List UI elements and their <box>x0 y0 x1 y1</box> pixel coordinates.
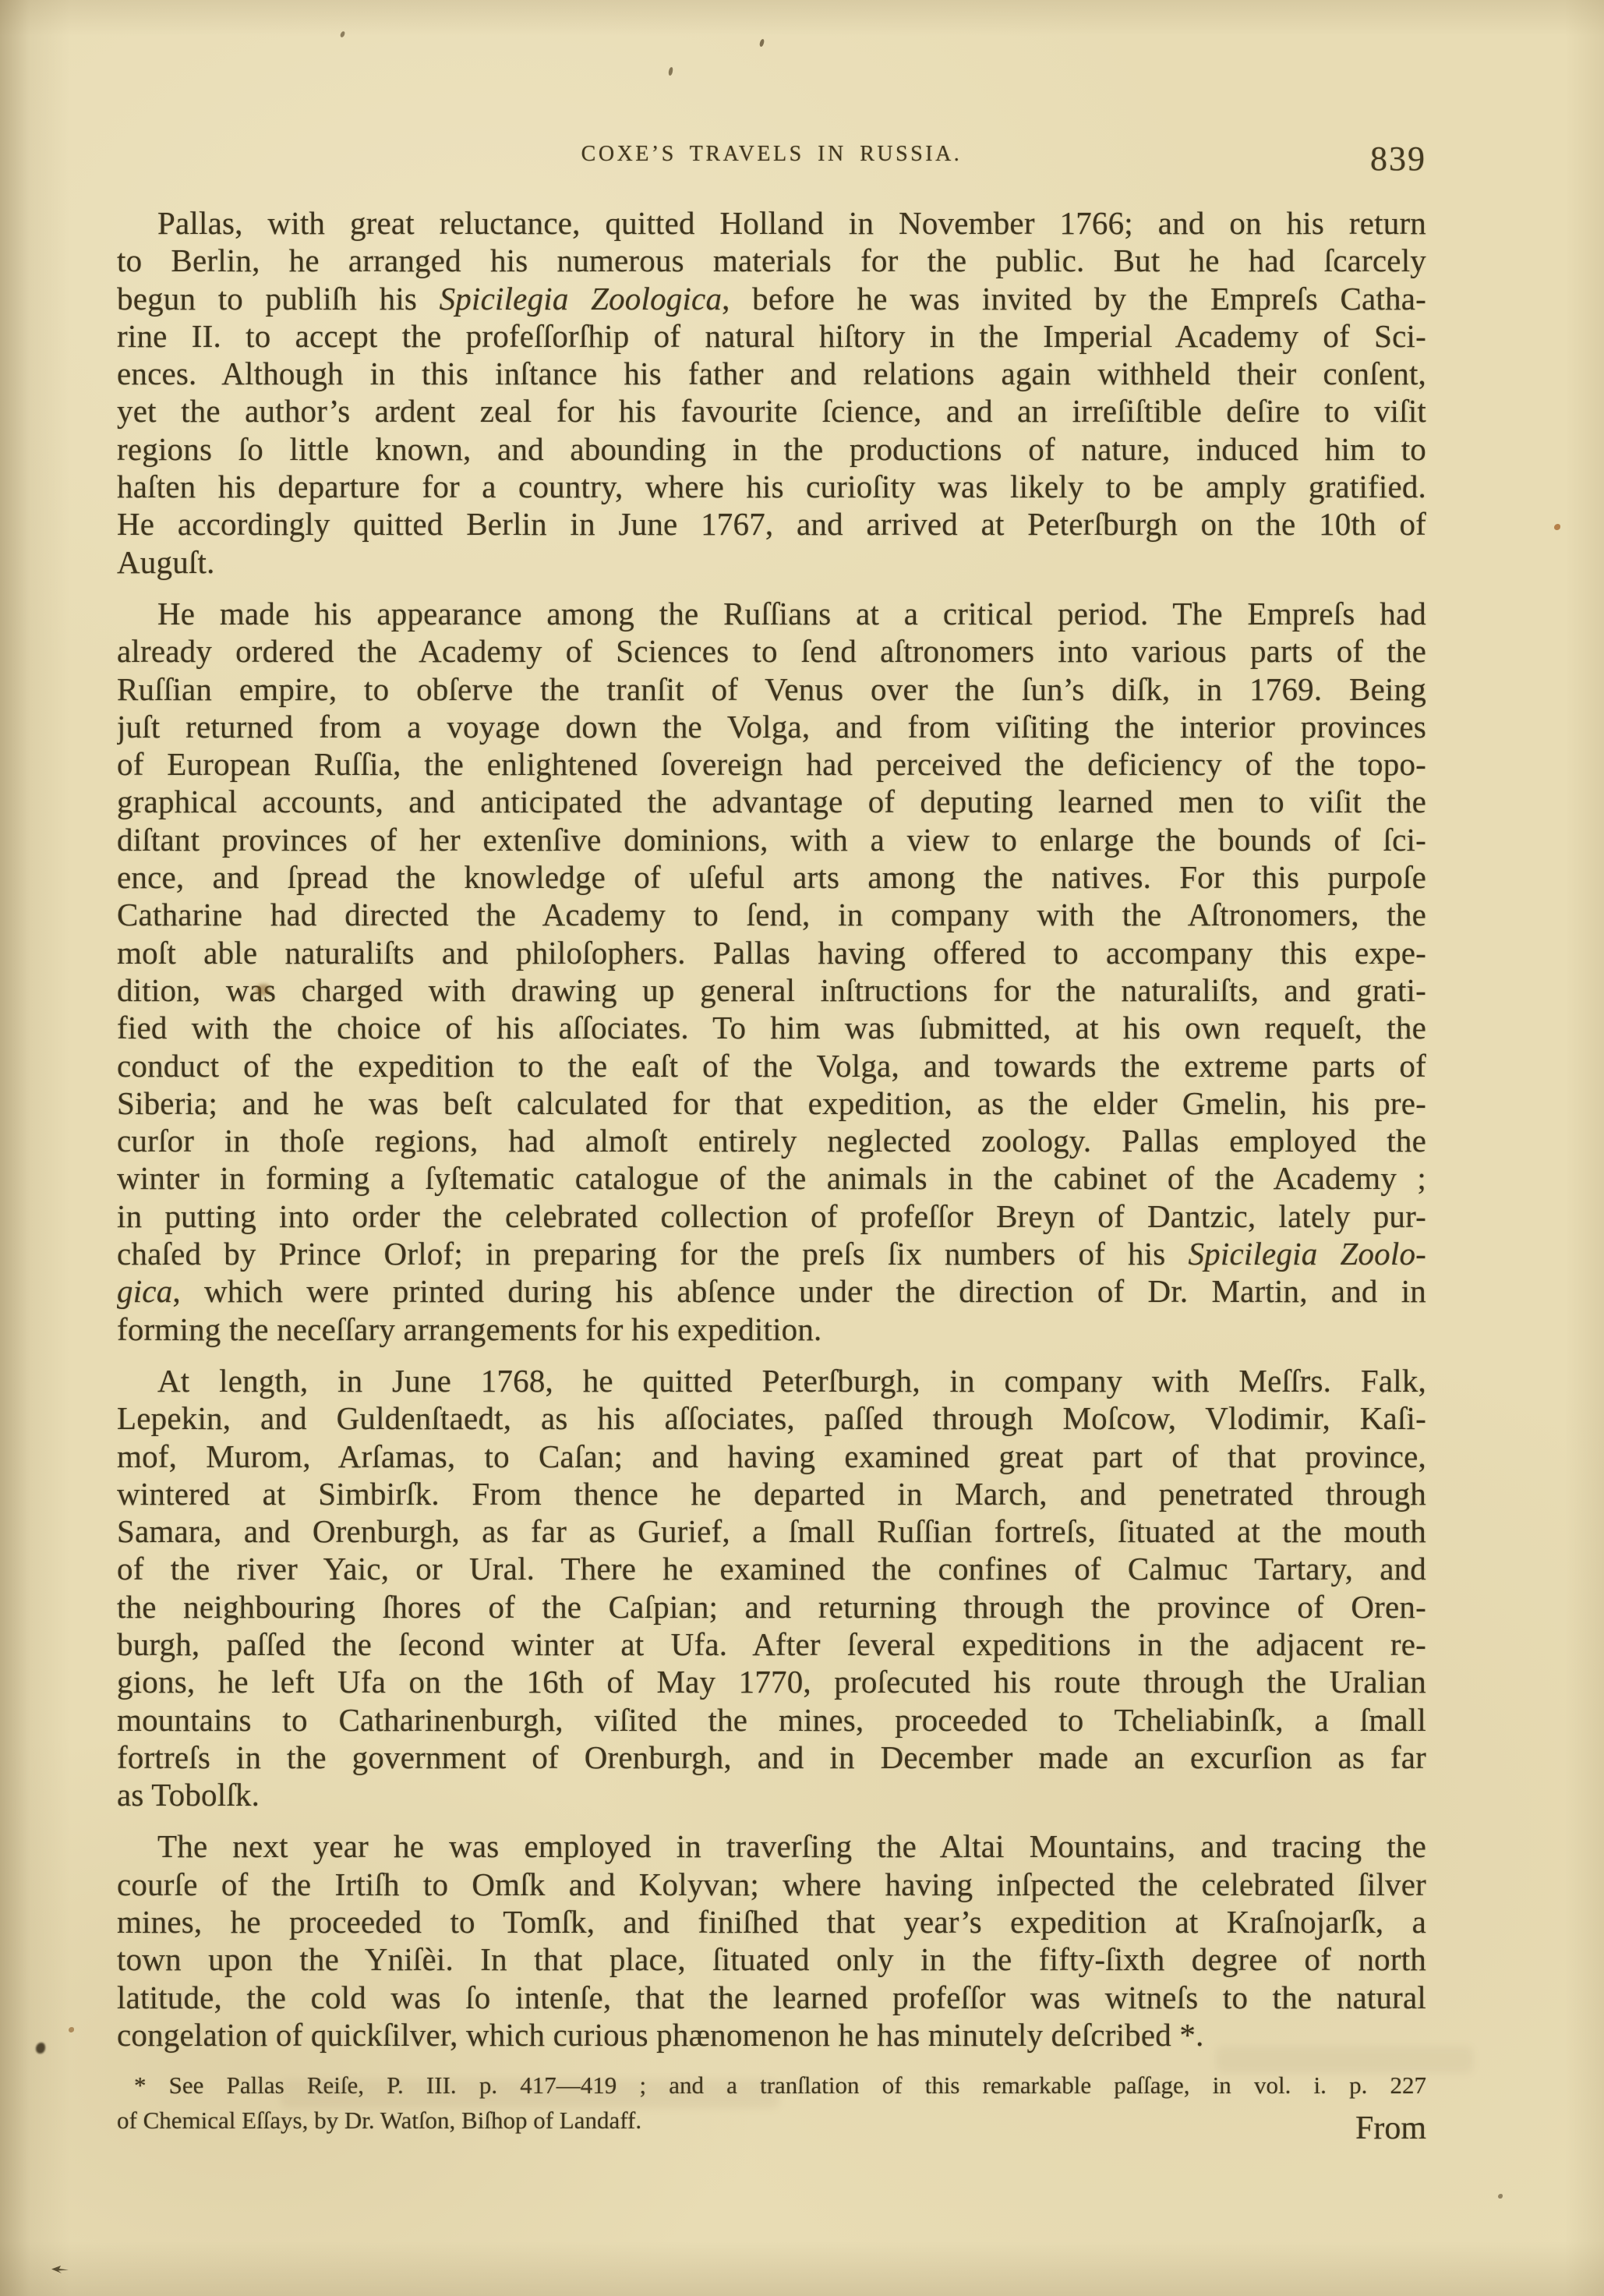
text-segment: conduct of the expedition to the eaſt of… <box>117 1048 1426 1084</box>
text-segment: latitude, the cold was ſo intenſe, that … <box>117 1979 1426 2015</box>
text-line: juſt returned from a voyage down the Vol… <box>117 708 1426 745</box>
paragraph: Pallas, with great reluctance, quitted H… <box>117 204 1426 581</box>
text-line: * See Pallas Reiſe, P. III. p. 417—419 ;… <box>117 2068 1426 2103</box>
text-segment: begun to publiſh his <box>117 281 440 317</box>
text-line: of the river Yaic, or Ural. There he exa… <box>117 1550 1426 1587</box>
text-line: The next year he was employed in traverſ… <box>117 1827 1426 1865</box>
page-title: COXE’S TRAVELS IN RUSSIA. <box>117 142 1426 167</box>
book-page: COXE’S TRAVELS IN RUSSIA. 839 Pallas, wi… <box>0 0 1604 2296</box>
text-segment: juſt returned from a voyage down the Vol… <box>117 709 1426 745</box>
text-line: wintered at Simbirſk. From thence he dep… <box>117 1475 1426 1512</box>
ink-speck <box>340 30 345 37</box>
text-segment: chaſed by Prince Orlof; in preparing for… <box>117 1236 1188 1272</box>
text-line: He accordingly quitted Berlin in June 17… <box>117 505 1426 543</box>
paragraph: He made his appearance among the Ruſſian… <box>117 595 1426 1348</box>
text-line: of Chemical Eſſays, by Dr. Watſon, Biſho… <box>117 2103 1426 2138</box>
text-segment: Ruſſian empire, to obſerve the tranſit o… <box>117 671 1426 707</box>
catchword: From <box>1355 2110 1426 2147</box>
page-number: 839 <box>1370 139 1426 179</box>
text-segment: Catharine had directed the Academy to ſe… <box>117 897 1426 932</box>
text-line: gions, he left Ufa on the 16th of May 17… <box>117 1663 1426 1700</box>
text-segment: mof, Murom, Arſamas, to Caſan; and havin… <box>117 1438 1426 1474</box>
text-line: regions ſo little known, and abounding i… <box>117 430 1426 468</box>
pen-mark <box>51 2266 69 2273</box>
text-segment: At length, in June 1768, he quitted Pete… <box>157 1363 1426 1399</box>
text-line: dition, was charged with drawing up gene… <box>117 971 1426 1009</box>
text-segment: Spicilegia Zoolo- <box>1188 1236 1426 1272</box>
text-line: chaſed by Prince Orlof; in preparing for… <box>117 1235 1426 1272</box>
text-segment: winter in forming a ſyſtematic catalogue… <box>117 1160 1426 1196</box>
text-line: begun to publiſh his Spicilegia Zoologic… <box>117 280 1426 317</box>
text-segment: rine II. to accept the profeſſorſhip of … <box>117 318 1426 354</box>
text-segment: of Chemical Eſſays, by Dr. Watſon, Biſho… <box>117 2107 641 2134</box>
text-segment: * See Pallas Reiſe, P. III. p. 417—419 ;… <box>134 2071 1426 2099</box>
text-segment: Auguſt. <box>117 544 215 580</box>
ink-speck <box>759 39 765 48</box>
text-segment: burgh, paſſed the ſecond winter at Ufa. … <box>117 1626 1426 1662</box>
text-segment: curſor in thoſe regions, had almoſt enti… <box>117 1123 1426 1159</box>
text-line: burgh, paſſed the ſecond winter at Ufa. … <box>117 1626 1426 1663</box>
ink-speck <box>668 67 673 76</box>
text-segment: courſe of the Irtiſh to Omſk and Kolyvan… <box>117 1866 1426 1902</box>
text-segment: mines, he proceeded to Tomſk, and finiſh… <box>117 1904 1426 1940</box>
ink-blot <box>36 2043 45 2054</box>
text-segment: already ordered the Academy of Sciences … <box>117 633 1426 669</box>
text-segment: congelation of quickſilver, which curiou… <box>117 2017 1204 2053</box>
text-segment: as Tobolſk. <box>117 1777 260 1813</box>
text-line: At length, in June 1768, he quitted Pete… <box>117 1362 1426 1399</box>
text-line: Samara, and Orenburgh, as far as Gurief,… <box>117 1512 1426 1550</box>
text-segment: of European Ruſſia, the enlightened ſove… <box>117 746 1426 782</box>
text-segment: Lepekin, and Guldenſtaedt, as his aſſoci… <box>117 1400 1426 1436</box>
text-segment: of the river Yaic, or Ural. There he exa… <box>117 1551 1426 1587</box>
text-segment: regions ſo little known, and abounding i… <box>117 431 1426 467</box>
text-line: He made his appearance among the Ruſſian… <box>117 595 1426 632</box>
text-line: diſtant provinces of her extenſive domin… <box>117 821 1426 858</box>
text-line: forming the neceſſary arrangements for h… <box>117 1311 1426 1348</box>
ink-speck <box>1554 524 1560 530</box>
text-segment: wintered at Simbirſk. From thence he dep… <box>117 1476 1426 1512</box>
text-segment: to Berlin, he arranged his numerous mate… <box>117 242 1426 278</box>
text-segment: Samara, and Orenburgh, as far as Gurief,… <box>117 1513 1426 1549</box>
text-line: fied with the choice of his aſſociates. … <box>117 1009 1426 1046</box>
text-line: haſten his departure for a country, wher… <box>117 468 1426 505</box>
text-segment: , before he was invited by the Empreſs C… <box>722 281 1426 317</box>
text-segment: He accordingly quitted Berlin in June 17… <box>117 506 1426 542</box>
text-line: graphical accounts, and anticipated the … <box>117 783 1426 820</box>
text-line: yet the author’s ardent zeal for his fav… <box>117 392 1426 430</box>
running-head: COXE’S TRAVELS IN RUSSIA. 839 <box>117 142 1426 189</box>
text-line: courſe of the Irtiſh to Omſk and Kolyvan… <box>117 1866 1426 1903</box>
text-segment: He made his appearance among the Ruſſian… <box>157 596 1426 631</box>
text-line: already ordered the Academy of Sciences … <box>117 632 1426 670</box>
paragraph: The next year he was employed in traverſ… <box>117 1827 1426 2054</box>
text-segment: fied with the choice of his aſſociates. … <box>117 1010 1426 1045</box>
text-segment: gions, he left Ufa on the 16th of May 17… <box>117 1664 1426 1700</box>
text-line: the neighbouring ſhores of the Caſpian; … <box>117 1588 1426 1626</box>
text-line: latitude, the cold was ſo intenſe, that … <box>117 1979 1426 2016</box>
text-line: Ruſſian empire, to obſerve the tranſit o… <box>117 670 1426 708</box>
text-segment: the neighbouring ſhores of the Caſpian; … <box>117 1589 1426 1625</box>
text-line: mof, Murom, Arſamas, to Caſan; and havin… <box>117 1438 1426 1475</box>
text-line: winter in forming a ſyſtematic catalogue… <box>117 1159 1426 1197</box>
text-line: to Berlin, he arranged his numerous mate… <box>117 242 1426 279</box>
text-segment: Siberia; and he was beſt calculated for … <box>117 1085 1426 1121</box>
text-line: ence, and ſpread the knowledge of uſeful… <box>117 858 1426 896</box>
text-segment: Spicilegia Zoologica <box>440 281 723 317</box>
text-segment: diſtant provinces of her extenſive domin… <box>117 822 1426 858</box>
text-line: town upon the Yniſèi. In that place, ſit… <box>117 1940 1426 1978</box>
text-line: Auguſt. <box>117 543 1426 581</box>
text-line: Siberia; and he was beſt calculated for … <box>117 1084 1426 1122</box>
text-line: ences. Although in this inſtance his fat… <box>117 355 1426 392</box>
text-line: as Tobolſk. <box>117 1776 1426 1813</box>
text-segment: ences. Although in this inſtance his fat… <box>117 356 1426 391</box>
text-line: Pallas, with great reluctance, quitted H… <box>117 204 1426 242</box>
ink-speck <box>1498 2194 1503 2199</box>
text-segment: dition, was charged with drawing up gene… <box>117 972 1426 1008</box>
text-segment: in putting into order the celebrated col… <box>117 1198 1426 1234</box>
text-segment: moſt able naturaliſts and philoſophers. … <box>117 935 1426 971</box>
text-line: Lepekin, and Guldenſtaedt, as his aſſoci… <box>117 1399 1426 1437</box>
text-segment: gica <box>117 1273 172 1309</box>
footnote: * See Pallas Reiſe, P. III. p. 417—419 ;… <box>117 2068 1426 2138</box>
text-segment: fortreſs in the government of Orenburgh,… <box>117 1739 1426 1775</box>
text-line: Catharine had directed the Academy to ſe… <box>117 896 1426 933</box>
body-text: Pallas, with great reluctance, quitted H… <box>117 204 1426 2054</box>
text-line: gica, which were printed during his abſe… <box>117 1272 1426 1310</box>
text-segment: yet the author’s ardent zeal for his fav… <box>117 393 1426 429</box>
text-segment: , which were printed during his abſence … <box>172 1273 1426 1309</box>
text-line: mines, he proceeded to Tomſk, and finiſh… <box>117 1903 1426 1940</box>
text-segment: mountains to Catharinenburgh, viſited th… <box>117 1702 1426 1738</box>
text-line: rine II. to accept the profeſſorſhip of … <box>117 317 1426 355</box>
text-line: of European Ruſſia, the enlightened ſove… <box>117 745 1426 783</box>
text-line: moſt able naturaliſts and philoſophers. … <box>117 934 1426 971</box>
text-line: congelation of quickſilver, which curiou… <box>117 2016 1426 2054</box>
text-line: fortreſs in the government of Orenburgh,… <box>117 1739 1426 1776</box>
text-segment: Pallas, with great reluctance, quitted H… <box>157 205 1426 241</box>
text-segment: ence, and ſpread the knowledge of uſeful… <box>117 859 1426 895</box>
text-segment: graphical accounts, and anticipated the … <box>117 784 1426 819</box>
text-segment: haſten his departure for a country, wher… <box>117 469 1426 504</box>
paragraph: * See Pallas Reiſe, P. III. p. 417—419 ;… <box>117 2068 1426 2138</box>
text-segment: forming the neceſſary arrangements for h… <box>117 1311 822 1347</box>
text-line: curſor in thoſe regions, had almoſt enti… <box>117 1122 1426 1159</box>
paragraph: At length, in June 1768, he quitted Pete… <box>117 1362 1426 1814</box>
text-segment: town upon the Yniſèi. In that place, ſit… <box>117 1941 1426 1977</box>
text-line: conduct of the expedition to the eaſt of… <box>117 1047 1426 1084</box>
ink-speck <box>69 2027 74 2032</box>
text-segment: The next year he was employed in traverſ… <box>157 1828 1426 1864</box>
text-line: in putting into order the celebrated col… <box>117 1198 1426 1235</box>
text-line: mountains to Catharinenburgh, viſited th… <box>117 1701 1426 1739</box>
